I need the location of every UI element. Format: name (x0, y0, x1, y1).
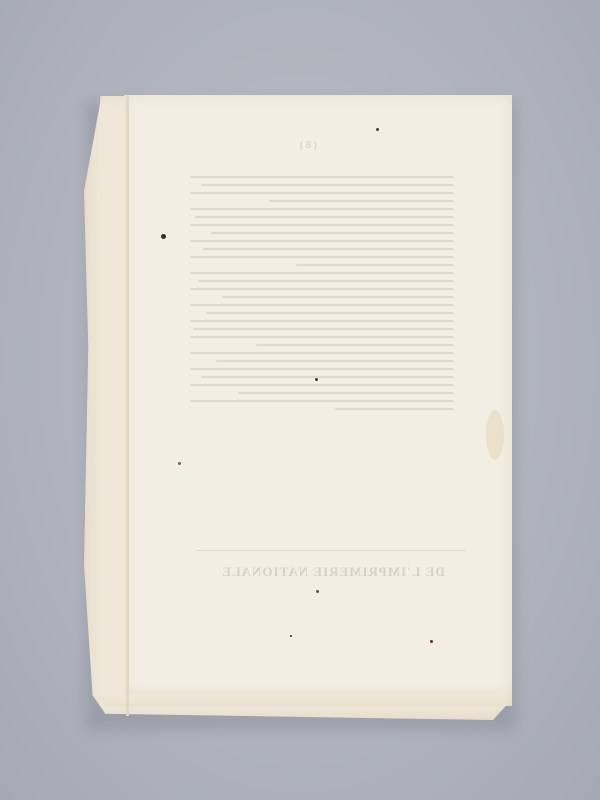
foxing-stain (486, 410, 504, 460)
foxing-spot (178, 462, 181, 465)
foxing-spot (290, 635, 292, 637)
foxing-spot (316, 590, 319, 593)
foxing-spot (315, 378, 318, 381)
spine-fold (126, 96, 129, 716)
foxing-spot (376, 128, 379, 131)
showthrough-text-block (190, 170, 454, 470)
page-number-showthrough: ( 8 ) (300, 140, 317, 151)
foxing-spot (161, 234, 166, 239)
foxing-spot (430, 640, 433, 643)
imprint-showthrough: DE L'IMPRIMERIE NATIONALE (198, 564, 468, 580)
imprint-rule (196, 550, 466, 551)
